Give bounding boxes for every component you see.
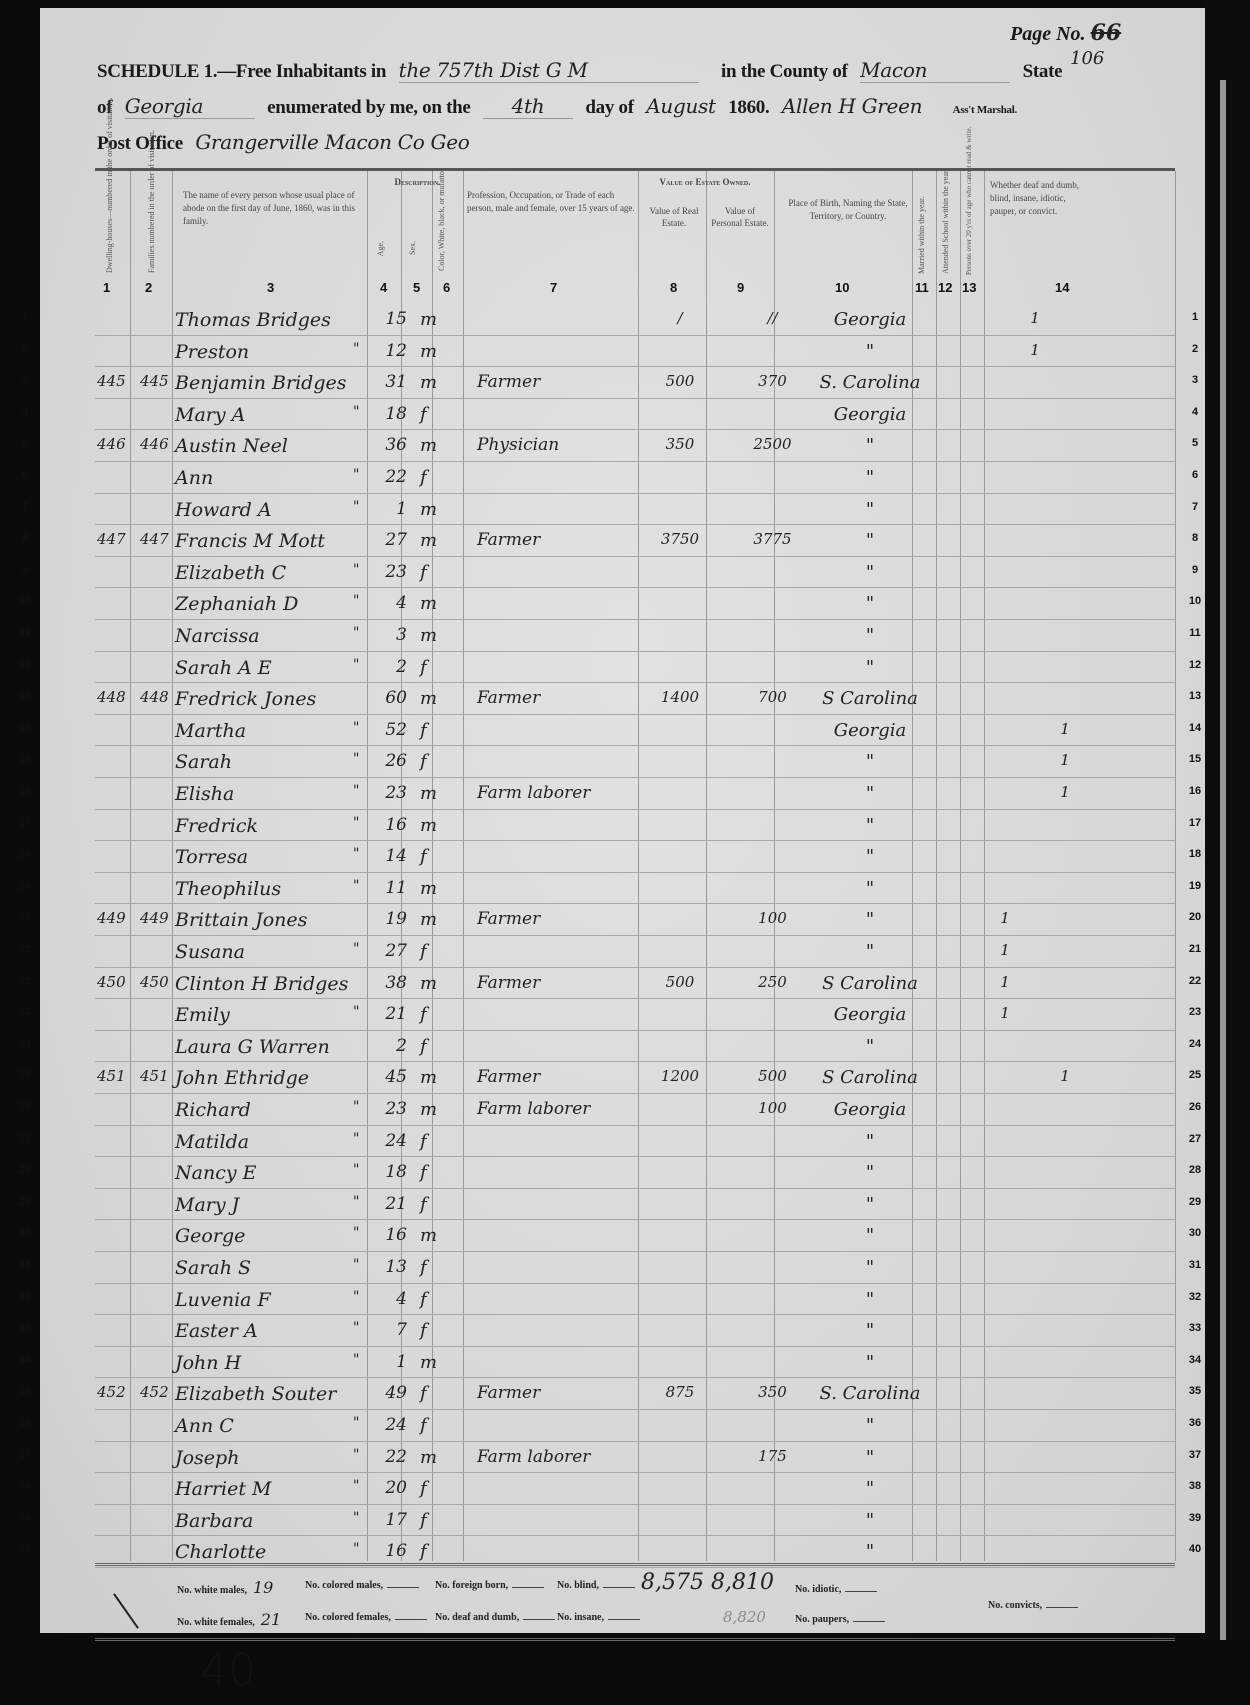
col-divider bbox=[1175, 171, 1176, 1561]
birthplace: " bbox=[775, 657, 965, 678]
cannot-read-write: 1 bbox=[1055, 1067, 1075, 1085]
surname-ditto: " bbox=[353, 1478, 359, 1494]
surname-ditto: " bbox=[353, 1162, 359, 1178]
line-number-right: 22 bbox=[1180, 975, 1210, 987]
birthplace: " bbox=[775, 467, 965, 488]
person-name: Emily bbox=[175, 1004, 230, 1026]
person-name: Fredrick Jones bbox=[175, 688, 316, 710]
line-number-left: 2 bbox=[15, 343, 35, 355]
line-number-right: 34 bbox=[1180, 1354, 1210, 1366]
real-estate-value: 1400 bbox=[645, 688, 715, 706]
occupation: Farm laborer bbox=[477, 1447, 590, 1467]
line-number-left: 27 bbox=[15, 1133, 35, 1145]
surname-ditto: " bbox=[353, 720, 359, 736]
attended-school: 1 bbox=[1025, 309, 1045, 327]
header-illiterate: Persons over 20 y'rs of age who cannot r… bbox=[965, 175, 973, 275]
table-row: 23Emily"21fGeorgia123 bbox=[95, 998, 1175, 1031]
white-females: No. white females,21 bbox=[177, 1610, 281, 1629]
age: 23 bbox=[367, 783, 407, 803]
family-number: 452 bbox=[140, 1383, 169, 1401]
sex: f bbox=[420, 1036, 427, 1057]
birthplace: " bbox=[775, 1131, 965, 1152]
table-row: 18Torresa"14f"18 bbox=[95, 840, 1175, 873]
sex: f bbox=[420, 720, 427, 741]
birthplace: Georgia bbox=[775, 1099, 965, 1120]
birthplace: " bbox=[775, 435, 965, 456]
year-label: 1860. bbox=[728, 97, 769, 118]
birthplace: " bbox=[775, 499, 965, 520]
person-name: Brittain Jones bbox=[175, 909, 307, 931]
age: 26 bbox=[367, 751, 407, 771]
white-males-label: No. white males, bbox=[177, 1585, 247, 1596]
person-name: Ann bbox=[175, 467, 213, 489]
line-number-left: 9 bbox=[15, 564, 35, 576]
table-row: 2Preston"12m"12 bbox=[95, 335, 1175, 368]
line-number-left: 25 bbox=[15, 1069, 35, 1081]
header-disability: Whether deaf and dumb, blind, insane, id… bbox=[990, 179, 1080, 287]
line-number-left: 11 bbox=[15, 627, 35, 639]
line-number-left: 5 bbox=[15, 437, 35, 449]
page-count-annotation: 40 bbox=[200, 1645, 256, 1696]
line-number-left: 7 bbox=[15, 501, 35, 513]
page-border-bottom bbox=[0, 1640, 1250, 1705]
surname-ditto: " bbox=[353, 1289, 359, 1305]
surname-ditto: " bbox=[353, 562, 359, 578]
table-row: 37Joseph"22mFarm laborer175"37 bbox=[95, 1441, 1175, 1474]
age: 3 bbox=[367, 625, 407, 645]
surname-ditto: " bbox=[353, 1352, 359, 1368]
sex: f bbox=[420, 1257, 427, 1278]
age: 7 bbox=[367, 1320, 407, 1340]
person-name: Howard A bbox=[175, 499, 272, 521]
blind-label: No. blind, bbox=[557, 1580, 599, 1591]
surname-ditto: " bbox=[353, 625, 359, 641]
married-within-year: 1 bbox=[995, 973, 1015, 991]
table-row: 39Barbara"17f"39 bbox=[95, 1504, 1175, 1537]
birthplace: Georgia bbox=[775, 309, 965, 330]
surname-ditto: " bbox=[353, 1541, 359, 1557]
birthplace: " bbox=[775, 341, 965, 362]
person-name: Preston bbox=[175, 341, 249, 363]
sex: f bbox=[420, 941, 427, 962]
birthplace: Georgia bbox=[775, 1004, 965, 1025]
header-estate: Value of Estate Owned. bbox=[640, 177, 770, 193]
sex: f bbox=[420, 1162, 427, 1183]
line-number-right: 2 bbox=[1180, 343, 1210, 355]
line-number-left: 30 bbox=[15, 1227, 35, 1239]
birthplace: " bbox=[775, 909, 965, 930]
convicts-label: No. convicts, bbox=[988, 1600, 1042, 1611]
age: 4 bbox=[367, 593, 407, 613]
header-dwelling: Dwelling-houses—numbered in the order of… bbox=[105, 183, 114, 273]
page-number-alt: 106 bbox=[1070, 48, 1104, 69]
surname-ditto: " bbox=[353, 1447, 359, 1463]
age: 23 bbox=[367, 562, 407, 582]
day-label: day of bbox=[585, 97, 633, 118]
sex: m bbox=[420, 1225, 437, 1246]
birthplace: " bbox=[775, 1289, 965, 1310]
table-row: 22450450Clinton H Bridges38mFarmer500250… bbox=[95, 967, 1175, 1000]
sex: f bbox=[420, 1131, 427, 1152]
birthplace: " bbox=[775, 1257, 965, 1278]
line-number-right: 33 bbox=[1180, 1322, 1210, 1334]
marshal-label: Ass't Marshal. bbox=[953, 104, 1017, 116]
birthplace: S Carolina bbox=[775, 1067, 965, 1088]
insane: No. insane, bbox=[557, 1612, 640, 1623]
white-females-label: No. white females, bbox=[177, 1617, 255, 1628]
birthplace: " bbox=[775, 878, 965, 899]
idiotic-label: No. idiotic, bbox=[795, 1584, 841, 1595]
real-estate-value: 875 bbox=[645, 1383, 715, 1401]
paupers: No. paupers, bbox=[795, 1614, 885, 1625]
post-office-field: Grangerville Macon Co Geo bbox=[195, 130, 469, 154]
person-name: Mary J bbox=[175, 1194, 239, 1216]
sex: m bbox=[420, 625, 437, 646]
paupers-label: No. paupers, bbox=[795, 1614, 849, 1625]
table-row: 26Richard"23mFarm laborer100Georgia26 bbox=[95, 1093, 1175, 1126]
cannot-read-write: 1 bbox=[1055, 751, 1075, 769]
line-number-right: 29 bbox=[1180, 1196, 1210, 1208]
surname-ditto: " bbox=[353, 657, 359, 673]
age: 2 bbox=[367, 657, 407, 677]
age: 19 bbox=[367, 909, 407, 929]
sex: f bbox=[420, 1541, 427, 1562]
table-row: 32Luvenia F"4f"32 bbox=[95, 1283, 1175, 1316]
header-age: Age. bbox=[376, 241, 385, 256]
surname-ditto: " bbox=[353, 941, 359, 957]
table-row: 9Elizabeth C"23f"9 bbox=[95, 556, 1175, 589]
age: 38 bbox=[367, 973, 407, 993]
table-row: 16Elisha"23mFarm laborer"116 bbox=[95, 777, 1175, 810]
column-headers: Dwelling-houses—numbered in the order of… bbox=[95, 171, 1175, 281]
age: 23 bbox=[367, 1099, 407, 1119]
birthplace: " bbox=[775, 593, 965, 614]
age: 16 bbox=[367, 1225, 407, 1245]
person-name: Mary A bbox=[175, 404, 245, 426]
surname-ditto: " bbox=[353, 467, 359, 483]
sex: f bbox=[420, 404, 427, 425]
surname-ditto: " bbox=[353, 1194, 359, 1210]
line-number-right: 17 bbox=[1180, 817, 1210, 829]
line-number-left: 39 bbox=[15, 1512, 35, 1524]
table-row: 11Narcissa"3m"11 bbox=[95, 619, 1175, 652]
age: 11 bbox=[367, 878, 407, 898]
surname-ditto: " bbox=[353, 846, 359, 862]
line-number-right: 21 bbox=[1180, 943, 1210, 955]
table-row: 20449449Brittain Jones19mFarmer100"120 bbox=[95, 903, 1175, 936]
person-name: George bbox=[175, 1225, 245, 1247]
header-line-1: SCHEDULE 1.—Free Inhabitants in the 757t… bbox=[97, 58, 1062, 83]
birthplace: " bbox=[775, 941, 965, 962]
personal-estate-pencil-total: 8,820 bbox=[723, 1608, 766, 1626]
sex: f bbox=[420, 1004, 427, 1025]
district-field: the 757th Dist G M bbox=[399, 58, 699, 83]
dwelling-number: 448 bbox=[97, 688, 126, 706]
age: 24 bbox=[367, 1131, 407, 1151]
birthplace: Georgia bbox=[775, 404, 965, 425]
person-name: Elizabeth Souter bbox=[175, 1383, 336, 1405]
line-number-left: 4 bbox=[15, 406, 35, 418]
age: 14 bbox=[367, 846, 407, 866]
table-row: 38Harriet M"20f"38 bbox=[95, 1472, 1175, 1505]
state-label: State bbox=[1023, 61, 1063, 82]
person-name: Sarah S bbox=[175, 1257, 251, 1279]
white-males-value: 19 bbox=[253, 1578, 273, 1597]
person-name: Matilda bbox=[175, 1131, 249, 1153]
family-number: 446 bbox=[140, 435, 169, 453]
real-estate-value: 500 bbox=[645, 372, 715, 390]
col-num: 2 bbox=[145, 280, 152, 295]
age: 18 bbox=[367, 1162, 407, 1182]
family-number: 450 bbox=[140, 973, 169, 991]
idiotic: No. idiotic, bbox=[795, 1584, 877, 1595]
age: 21 bbox=[367, 1004, 407, 1024]
person-name: Thomas Bridges bbox=[175, 309, 331, 331]
person-name: Elisha bbox=[175, 783, 234, 805]
person-name: Francis M Mott bbox=[175, 530, 325, 552]
table-row: 15Sarah"26f"115 bbox=[95, 745, 1175, 778]
line-number-left: 3 bbox=[15, 374, 35, 386]
occupation: Farmer bbox=[477, 1067, 540, 1087]
table-row: 28Nancy E"18f"28 bbox=[95, 1156, 1175, 1189]
family-number: 448 bbox=[140, 688, 169, 706]
occupation: Farm laborer bbox=[477, 783, 590, 803]
real-estate-value: 500 bbox=[645, 973, 715, 991]
col-num: 13 bbox=[962, 280, 976, 295]
line-number-left: 23 bbox=[15, 1006, 35, 1018]
page-number-struck: 66 bbox=[1091, 20, 1122, 46]
summary-footer: No. white males,19 No. white females,21 … bbox=[95, 1563, 1175, 1641]
person-name: Easter A bbox=[175, 1320, 258, 1342]
line-number-right: 37 bbox=[1180, 1449, 1210, 1461]
insane-label: No. insane, bbox=[557, 1612, 604, 1623]
birthplace: " bbox=[775, 1225, 965, 1246]
schedule-title: SCHEDULE 1.—Free Inhabitants in bbox=[97, 61, 386, 82]
line-number-right: 14 bbox=[1180, 722, 1210, 734]
table-row: 31Sarah S"13f"31 bbox=[95, 1251, 1175, 1284]
birthplace: " bbox=[775, 1510, 965, 1531]
person-name: Sarah bbox=[175, 751, 232, 773]
sex: m bbox=[420, 1067, 437, 1088]
line-number-right: 4 bbox=[1180, 406, 1210, 418]
surname-ditto: " bbox=[353, 1510, 359, 1526]
person-name: Richard bbox=[175, 1099, 251, 1121]
person-name: Theophilus bbox=[175, 878, 281, 900]
sex: f bbox=[420, 1194, 427, 1215]
person-name: Charlotte bbox=[175, 1541, 266, 1563]
person-name: Zephaniah D bbox=[175, 593, 298, 615]
deaf-dumb: No. deaf and dumb, bbox=[435, 1612, 555, 1623]
sex: m bbox=[420, 309, 437, 330]
surname-ditto: " bbox=[353, 783, 359, 799]
line-number-left: 1 bbox=[15, 311, 35, 323]
age: 18 bbox=[367, 404, 407, 424]
white-females-value: 21 bbox=[261, 1610, 281, 1629]
line-number-left: 36 bbox=[15, 1417, 35, 1429]
age: 36 bbox=[367, 435, 407, 455]
age: 1 bbox=[367, 499, 407, 519]
table-row: 27Matilda"24f"27 bbox=[95, 1125, 1175, 1158]
dwelling-number: 447 bbox=[97, 530, 126, 548]
table-row: 17Fredrick"16m"17 bbox=[95, 809, 1175, 842]
person-name: Nancy E bbox=[175, 1162, 256, 1184]
sex: m bbox=[420, 1447, 437, 1468]
occupation: Physician bbox=[477, 435, 559, 455]
surname-ditto: " bbox=[353, 1257, 359, 1273]
page-number-label: Page No. bbox=[1010, 23, 1086, 45]
line-number-right: 32 bbox=[1180, 1291, 1210, 1303]
white-males: No. white males,19 bbox=[177, 1578, 273, 1597]
age: 49 bbox=[367, 1383, 407, 1403]
colored-males: No. colored males, bbox=[305, 1580, 419, 1591]
col-num: 9 bbox=[737, 280, 744, 295]
person-name: Torresa bbox=[175, 846, 248, 868]
person-name: John H bbox=[175, 1352, 241, 1374]
dwelling-number: 452 bbox=[97, 1383, 126, 1401]
line-number-right: 39 bbox=[1180, 1512, 1210, 1524]
birthplace: S. Carolina bbox=[775, 372, 965, 393]
age: 27 bbox=[367, 941, 407, 961]
sex: f bbox=[420, 1289, 427, 1310]
birthplace: " bbox=[775, 1541, 965, 1562]
person-name: Laura G Warren bbox=[175, 1036, 330, 1058]
line-number-right: 36 bbox=[1180, 1417, 1210, 1429]
line-number-left: 12 bbox=[15, 659, 35, 671]
sex: f bbox=[420, 657, 427, 678]
surname-ditto: " bbox=[353, 404, 359, 420]
surname-ditto: " bbox=[353, 815, 359, 831]
age: 45 bbox=[367, 1067, 407, 1087]
table-row: 34John H"1m"34 bbox=[95, 1346, 1175, 1379]
age: 22 bbox=[367, 1447, 407, 1467]
line-number-left: 6 bbox=[15, 469, 35, 481]
colored-males-label: No. colored males, bbox=[305, 1580, 383, 1591]
birthplace: " bbox=[775, 1478, 965, 1499]
line-number-right: 15 bbox=[1180, 753, 1210, 765]
sex: m bbox=[420, 435, 437, 456]
cannot-read-write: 1 bbox=[1055, 720, 1075, 738]
line-number-right: 28 bbox=[1180, 1164, 1210, 1176]
col-num: 5 bbox=[413, 280, 420, 295]
person-name: Susana bbox=[175, 941, 245, 963]
line-number-left: 37 bbox=[15, 1449, 35, 1461]
surname-ditto: " bbox=[353, 1131, 359, 1147]
line-number-right: 10 bbox=[1180, 595, 1210, 607]
birthplace: " bbox=[775, 1162, 965, 1183]
age: 27 bbox=[367, 530, 407, 550]
sex: m bbox=[420, 1352, 437, 1373]
dwelling-number: 445 bbox=[97, 372, 126, 390]
occupation: Farmer bbox=[477, 372, 540, 392]
column-numbers: 1 2 3 4 5 6 7 8 9 10 11 12 13 14 bbox=[95, 280, 1175, 302]
surname-ditto: " bbox=[353, 341, 359, 357]
birthplace: S Carolina bbox=[775, 688, 965, 709]
line-number-left: 14 bbox=[15, 722, 35, 734]
birthplace: " bbox=[775, 751, 965, 772]
line-number-right: 11 bbox=[1180, 627, 1210, 639]
birthplace: " bbox=[775, 783, 965, 804]
sex: f bbox=[420, 1383, 427, 1404]
line-number-right: 25 bbox=[1180, 1069, 1210, 1081]
surname-ditto: " bbox=[353, 1320, 359, 1336]
page-edge-strip bbox=[1220, 80, 1226, 1640]
line-number-left: 20 bbox=[15, 911, 35, 923]
line-number-left: 34 bbox=[15, 1354, 35, 1366]
age: 22 bbox=[367, 467, 407, 487]
colored-females-label: No. colored females, bbox=[305, 1612, 391, 1623]
line-number-left: 15 bbox=[15, 753, 35, 765]
page-number: Page No. 66 bbox=[1010, 20, 1121, 46]
real-estate-value: 1200 bbox=[645, 1067, 715, 1085]
line-number-right: 12 bbox=[1180, 659, 1210, 671]
surname-ditto: " bbox=[353, 1099, 359, 1115]
person-name: Sarah A E bbox=[175, 657, 272, 679]
header-school: Attended School within the year. bbox=[941, 179, 950, 274]
sex: f bbox=[420, 1320, 427, 1341]
line-number-right: 18 bbox=[1180, 848, 1210, 860]
real-estate-total: 8,575 bbox=[641, 1570, 704, 1595]
age: 1 bbox=[367, 1352, 407, 1372]
sex: m bbox=[420, 1099, 437, 1120]
line-number-right: 27 bbox=[1180, 1133, 1210, 1145]
person-name: Narcissa bbox=[175, 625, 260, 647]
line-number-left: 24 bbox=[15, 1038, 35, 1050]
sex: m bbox=[420, 783, 437, 804]
foreign-born: No. foreign born, bbox=[435, 1580, 544, 1591]
dwelling-number: 446 bbox=[97, 435, 126, 453]
table-row: 36Ann C"24f"36 bbox=[95, 1409, 1175, 1442]
col-num: 7 bbox=[550, 280, 557, 295]
birthplace: " bbox=[775, 1320, 965, 1341]
family-number: 449 bbox=[140, 909, 169, 927]
enumerated-label: enumerated by me, on the bbox=[267, 97, 470, 118]
line-number-left: 18 bbox=[15, 848, 35, 860]
col-num: 8 bbox=[670, 280, 677, 295]
age: 31 bbox=[367, 372, 407, 392]
surname-ditto: " bbox=[353, 499, 359, 515]
county-label: in the County of bbox=[721, 61, 848, 82]
line-number-left: 21 bbox=[15, 943, 35, 955]
sex: m bbox=[420, 973, 437, 994]
line-number-right: 13 bbox=[1180, 690, 1210, 702]
line-number-left: 26 bbox=[15, 1101, 35, 1113]
person-name: Ann C bbox=[175, 1415, 234, 1437]
line-number-left: 32 bbox=[15, 1291, 35, 1303]
dwelling-number: 450 bbox=[97, 973, 126, 991]
table-row: 4Mary A"18fGeorgia4 bbox=[95, 398, 1175, 431]
table-row: 24Laura G Warren2f"24 bbox=[95, 1030, 1175, 1063]
sex: m bbox=[420, 341, 437, 362]
married-within-year: 1 bbox=[995, 941, 1015, 959]
table-row: 14Martha"52fGeorgia114 bbox=[95, 714, 1175, 747]
col-num: 6 bbox=[443, 280, 450, 295]
line-number-right: 7 bbox=[1180, 501, 1210, 513]
dwelling-number: 451 bbox=[97, 1067, 126, 1085]
header-sex: Sex. bbox=[408, 241, 417, 255]
table-row: 19Theophilus"11m"19 bbox=[95, 872, 1175, 905]
table-row: 1Thomas Bridges15m///Georgia11 bbox=[95, 303, 1175, 336]
person-name: Elizabeth C bbox=[175, 562, 286, 584]
birthplace: " bbox=[775, 1194, 965, 1215]
table-row: 35452452Elizabeth Souter49fFarmer875350S… bbox=[95, 1377, 1175, 1410]
table-row: 30George"16m"30 bbox=[95, 1219, 1175, 1252]
line-number-right: 40 bbox=[1180, 1543, 1210, 1555]
line-number-right: 24 bbox=[1180, 1038, 1210, 1050]
birthplace: " bbox=[775, 1415, 965, 1436]
sex: m bbox=[420, 909, 437, 930]
table-row: 21Susana"27f"121 bbox=[95, 935, 1175, 968]
line-number-left: 28 bbox=[15, 1164, 35, 1176]
